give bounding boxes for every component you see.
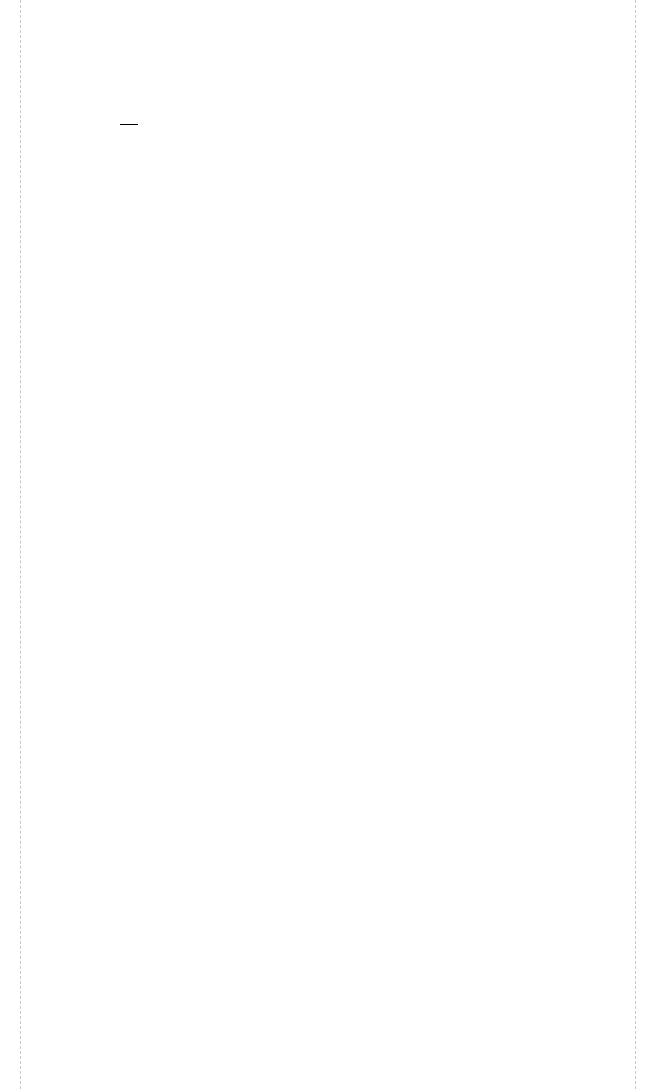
right-watermark-strip bbox=[635, 0, 656, 1089]
time-signature bbox=[120, 124, 138, 125]
left-watermark-strip bbox=[0, 0, 21, 1089]
time-divider bbox=[120, 124, 138, 125]
